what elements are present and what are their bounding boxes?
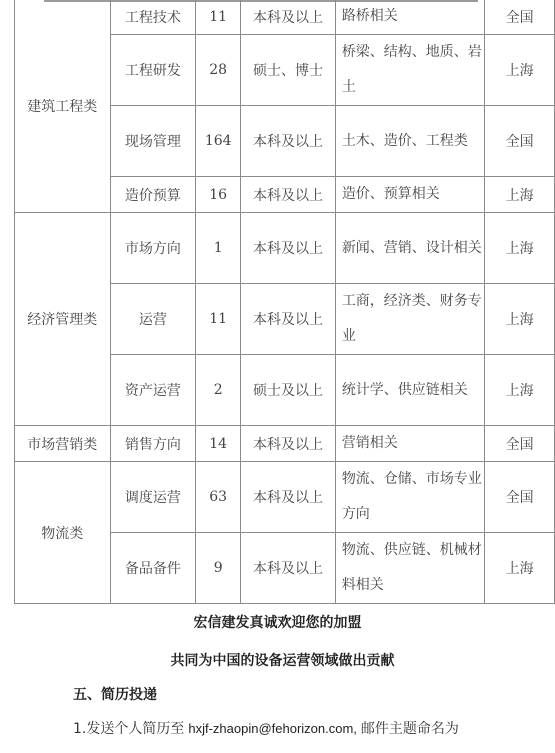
position-cell: 现场管理 [110, 106, 196, 177]
count-cell: 11 [196, 0, 241, 35]
position-cell: 调度运营 [110, 462, 196, 533]
resume-prefix: 1.发送个人简历至 [73, 721, 184, 737]
location-cell: 上海 [485, 213, 555, 284]
count-cell: 2 [196, 355, 241, 426]
education-cell: 本科及以上 [241, 177, 336, 213]
education-cell: 硕士、博士 [241, 35, 336, 106]
education-cell: 本科及以上 [241, 213, 336, 284]
education-cell: 本科及以上 [241, 106, 336, 177]
resume-suffix: 邮件主题命名为 [361, 721, 459, 737]
location-cell: 上海 [485, 284, 555, 355]
resume-email-link[interactable]: hxjf-zhaopin@fehorizon.com, [188, 721, 357, 736]
position-cell: 工程研发 [110, 35, 196, 106]
education-cell: 本科及以上 [241, 462, 336, 533]
major-cell: 物流、供应链、机械材料相关 [335, 533, 484, 604]
count-cell: 16 [196, 177, 241, 213]
resume-instruction: 1.发送个人简历至hxjf-zhaopin@fehorizon.com,邮件主题… [73, 718, 459, 738]
count-cell: 11 [196, 284, 241, 355]
education-cell: 本科及以上 [241, 533, 336, 604]
category-cell: 物流类 [15, 462, 111, 604]
table-row: 经济管理类 市场方向 1 本科及以上 新闻、营销、设计相关 上海 [15, 213, 555, 284]
count-cell: 63 [196, 462, 241, 533]
education-cell: 本科及以上 [241, 0, 336, 35]
education-cell: 硕士及以上 [241, 355, 336, 426]
position-cell: 运营 [110, 284, 196, 355]
major-cell: 物流、仓储、市场专业方向 [335, 462, 484, 533]
major-cell: 路桥相关 [335, 0, 484, 35]
education-cell: 本科及以上 [241, 284, 336, 355]
location-cell: 全国 [485, 0, 555, 35]
position-cell: 销售方向 [110, 426, 196, 462]
position-cell: 造价预算 [110, 177, 196, 213]
location-cell: 上海 [485, 35, 555, 106]
major-cell: 桥梁、结构、地质、岩土 [335, 35, 484, 106]
category-cell: 市场营销类 [15, 426, 111, 462]
major-cell: 营销相关 [335, 426, 484, 462]
welcome-line-2: 共同为中国的设备运营领域做出贡献 [0, 650, 555, 670]
position-cell: 工程技术 [110, 0, 196, 35]
location-cell: 全国 [485, 106, 555, 177]
location-cell: 全国 [485, 462, 555, 533]
count-cell: 9 [196, 533, 241, 604]
count-cell: 14 [196, 426, 241, 462]
location-cell: 全国 [485, 426, 555, 462]
welcome-line-1: 宏信建发真诚欢迎您的加盟 [0, 612, 555, 632]
major-cell: 造价、预算相关 [335, 177, 484, 213]
section-title-resume: 五、简历投递 [73, 684, 157, 704]
category-cell: 建筑工程类 [15, 0, 111, 213]
major-cell: 统计学、供应链相关 [335, 355, 484, 426]
table-row: 市场营销类 销售方向 14 本科及以上 营销相关 全国 [15, 426, 555, 462]
major-cell: 新闻、营销、设计相关 [335, 213, 484, 284]
count-cell: 1 [196, 213, 241, 284]
location-cell: 上海 [485, 355, 555, 426]
location-cell: 上海 [485, 533, 555, 604]
education-cell: 本科及以上 [241, 426, 336, 462]
major-cell: 工商，经济类、财务专业 [335, 284, 484, 355]
table-row: 建筑工程类 工程技术 11 本科及以上 路桥相关 全国 [15, 0, 555, 35]
category-cell: 经济管理类 [15, 213, 111, 426]
position-cell: 资产运营 [110, 355, 196, 426]
table-row: 物流类 调度运营 63 本科及以上 物流、仓储、市场专业方向 全国 [15, 462, 555, 533]
position-cell: 备品备件 [110, 533, 196, 604]
job-openings-table: 建筑工程类 工程技术 11 本科及以上 路桥相关 全国 工程研发 28 硕士、博… [14, 0, 555, 604]
major-cell: 土木、造价、工程类 [335, 106, 484, 177]
count-cell: 164 [196, 106, 241, 177]
count-cell: 28 [196, 35, 241, 106]
position-cell: 市场方向 [110, 213, 196, 284]
location-cell: 上海 [485, 177, 555, 213]
